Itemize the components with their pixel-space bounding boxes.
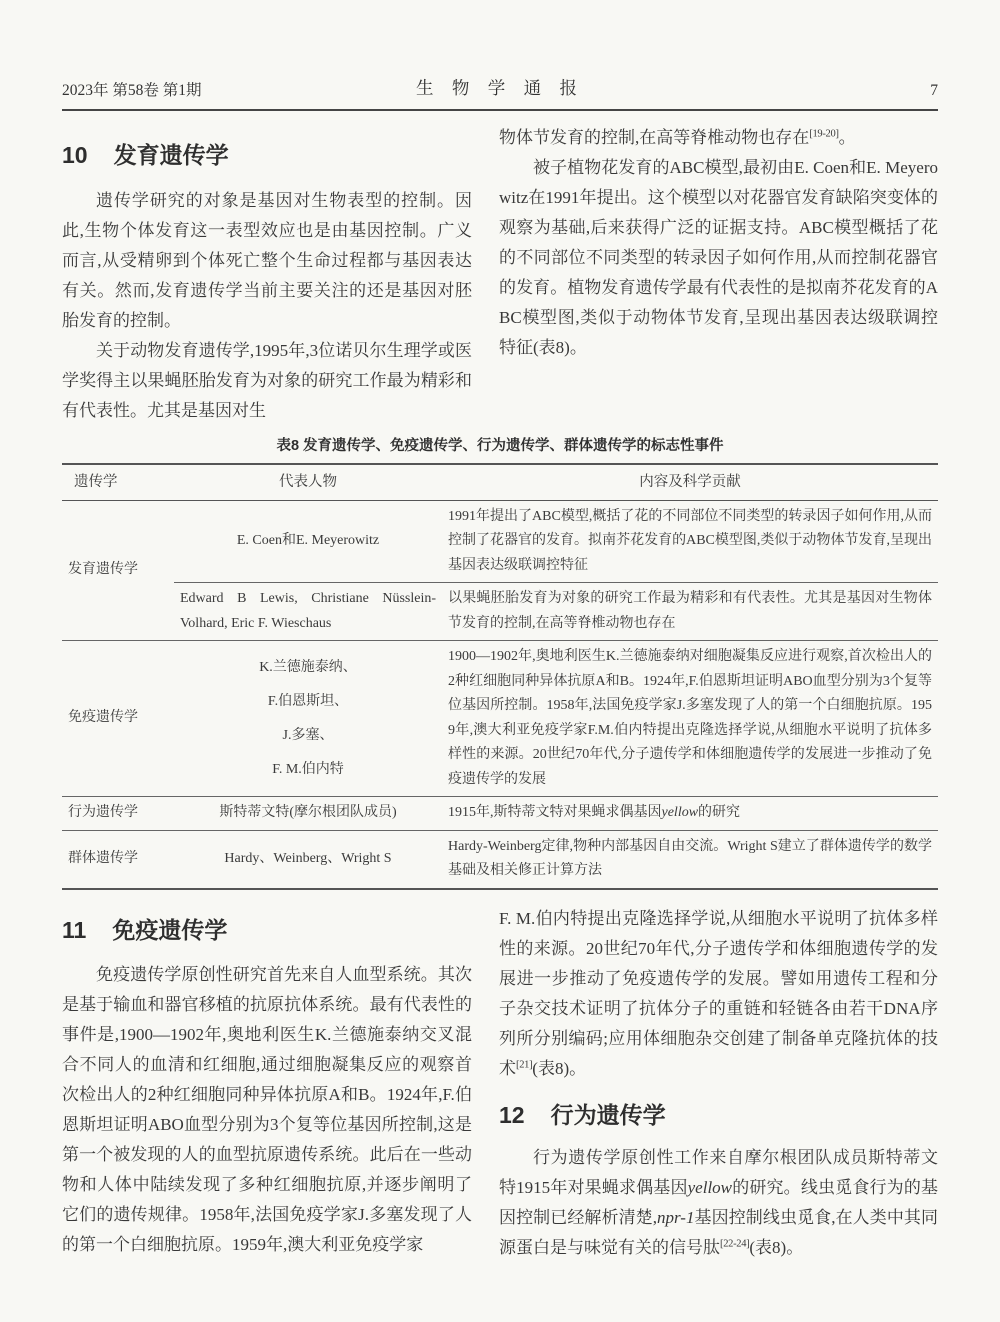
section-heading-12: 12行为遗传学 bbox=[499, 1099, 938, 1131]
section-number: 11 bbox=[62, 917, 86, 943]
journal-page: 2023年 第58卷 第1期 生 物 学 通 报 7 10发育遗传学 遗传学研究… bbox=[0, 0, 1000, 1322]
table-row: 行为遗传学 斯特蒂文特(摩尔根团队成员) 1915年,斯特蒂文特对果蝇求偶基因y… bbox=[62, 797, 938, 831]
issue-info: 2023年 第58卷 第1期 bbox=[62, 78, 202, 100]
table-header-row: 遗传学 代表人物 内容及科学贡献 bbox=[62, 464, 938, 500]
paragraph: 行为遗传学原创性工作来自摩尔根团队成员斯特蒂文特1915年对果蝇求偶基因yell… bbox=[499, 1143, 938, 1263]
content-cell: Hardy-Weinberg定律,物种内部基因自由交流。Wright S建立了群… bbox=[442, 830, 938, 889]
bottom-columns: 11免疫遗传学 免疫遗传学原创性研究首先来自人血型系统。其次是基于输血和器官移植… bbox=[62, 904, 938, 1263]
table-row: 群体遗传学 Hardy、Weinberg、Wright S Hardy-Wein… bbox=[62, 830, 938, 889]
person-name: K.兰德施泰纳、 bbox=[180, 651, 436, 685]
right-column-bottom: F. M.伯内特提出克隆选择学说,从细胞水平说明了抗体多样性的来源。20世纪70… bbox=[499, 904, 938, 1263]
field-cell: 发育遗传学 bbox=[62, 500, 174, 641]
page-number: 7 bbox=[930, 82, 938, 100]
content-cell: 1915年,斯特蒂文特对果蝇求偶基因yellow的研究 bbox=[442, 797, 938, 831]
table-8: 遗传学 代表人物 内容及科学贡献 发育遗传学 E. Coen和E. Meyero… bbox=[62, 463, 938, 890]
table-8-block: 表8 发育遗传学、免疫遗传学、行为遗传学、群体遗传学的标志性事件 遗传学 代表人… bbox=[62, 434, 938, 890]
paragraph: 关于动物发育遗传学,1995年,3位诺贝尔生理学或医学奖得主以果蝇胚胎发育为对象… bbox=[62, 336, 472, 426]
column-header-content: 内容及科学贡献 bbox=[442, 464, 938, 500]
paragraph-text: (表8)。 bbox=[749, 1238, 803, 1257]
left-column-top: 10发育遗传学 遗传学研究的对象是基因对生物表型的控制。因此,生物个体发育这一表… bbox=[62, 123, 472, 426]
citation-ref: [19-20] bbox=[809, 128, 838, 139]
journal-title: 生 物 学 通 报 bbox=[416, 75, 584, 100]
field-cell: 行为遗传学 bbox=[62, 797, 174, 831]
people-cell: 斯特蒂文特(摩尔根团队成员) bbox=[174, 797, 442, 831]
content-cell: 1900—1902年,奥地利医生K.兰德施泰纳对细胞凝集反应进行观察,首次检出人… bbox=[442, 641, 938, 797]
paragraph-text: 物体节发育的控制,在高等脊椎动物也存在 bbox=[499, 128, 809, 147]
paragraph-continuation: 物体节发育的控制,在高等脊椎动物也存在[19-20]。 bbox=[499, 123, 938, 153]
people-cell: Edward B Lewis, Christiane Nüsslein-Volh… bbox=[174, 583, 442, 641]
section-heading-11: 11免疫遗传学 bbox=[62, 914, 472, 946]
people-cell: Hardy、Weinberg、Wright S bbox=[174, 830, 442, 889]
paragraph-text: (表8)。 bbox=[532, 1059, 586, 1078]
paragraph: 免疫遗传学原创性研究首先来自人血型系统。其次是基于输血和器官移植的抗原抗体系统。… bbox=[62, 960, 472, 1260]
citation-ref: [22-24] bbox=[720, 1238, 749, 1249]
paragraph: 被子植物花发育的ABC模型,最初由E. Coen和E. Meyerowitz在1… bbox=[499, 153, 938, 363]
gene-name: yellow bbox=[688, 1178, 732, 1197]
field-cell: 免疫遗传学 bbox=[62, 641, 174, 797]
left-column-bottom: 11免疫遗传学 免疫遗传学原创性研究首先来自人血型系统。其次是基于输血和器官移植… bbox=[62, 904, 472, 1263]
table-row: 免疫遗传学 K.兰德施泰纳、 F.伯恩斯坦、 J.多塞、 F. M.伯内特 19… bbox=[62, 641, 938, 797]
person-name: F.伯恩斯坦、 bbox=[180, 685, 436, 719]
top-columns: 10发育遗传学 遗传学研究的对象是基因对生物表型的控制。因此,生物个体发育这一表… bbox=[62, 123, 938, 426]
person-name: J.多塞、 bbox=[180, 719, 436, 753]
citation-ref: [21] bbox=[516, 1059, 532, 1070]
section-heading-10: 10发育遗传学 bbox=[62, 139, 472, 171]
section-title: 行为遗传学 bbox=[551, 1102, 666, 1128]
people-cell: K.兰德施泰纳、 F.伯恩斯坦、 J.多塞、 F. M.伯内特 bbox=[174, 641, 442, 797]
paragraph-text: 。 bbox=[839, 128, 856, 147]
section-number: 10 bbox=[62, 142, 88, 168]
content-cell: 以果蝇胚胎发育为对象的研究工作最为精彩和有代表性。尤其是基因对生物体节发育的控制… bbox=[442, 583, 938, 641]
section-title: 免疫遗传学 bbox=[112, 917, 227, 943]
gene-name: npr-1 bbox=[657, 1208, 694, 1227]
gene-name: yellow bbox=[662, 805, 699, 820]
column-header-people: 代表人物 bbox=[174, 464, 442, 500]
table-title: 表8 发育遗传学、免疫遗传学、行为遗传学、群体遗传学的标志性事件 bbox=[62, 434, 938, 455]
content-cell: 1991年提出了ABC模型,概括了花的不同部位不同类型的转录因子如何作用,从而控… bbox=[442, 500, 938, 583]
people-cell: E. Coen和E. Meyerowitz bbox=[174, 500, 442, 583]
content-text: 1915年,斯特蒂文特对果蝇求偶基因 bbox=[448, 805, 662, 820]
table-row: Edward B Lewis, Christiane Nüsslein-Volh… bbox=[62, 583, 938, 641]
section-number: 12 bbox=[499, 1102, 525, 1128]
table-row: 发育遗传学 E. Coen和E. Meyerowitz 1991年提出了ABC模… bbox=[62, 500, 938, 583]
person-name: F. M.伯内特 bbox=[180, 753, 436, 787]
content-text: 的研究 bbox=[698, 805, 740, 820]
field-cell: 群体遗传学 bbox=[62, 830, 174, 889]
section-title: 发育遗传学 bbox=[114, 142, 229, 168]
page-header: 2023年 第58卷 第1期 生 物 学 通 报 7 bbox=[62, 0, 938, 111]
paragraph-text: F. M.伯内特提出克隆选择学说,从细胞水平说明了抗体多样性的来源。20世纪70… bbox=[499, 909, 938, 1078]
right-column-top: 物体节发育的控制,在高等脊椎动物也存在[19-20]。 被子植物花发育的ABC模… bbox=[499, 123, 938, 426]
paragraph: 遗传学研究的对象是基因对生物表型的控制。因此,生物个体发育这一表型效应也是由基因… bbox=[62, 186, 472, 336]
paragraph-continuation: F. M.伯内特提出克隆选择学说,从细胞水平说明了抗体多样性的来源。20世纪70… bbox=[499, 904, 938, 1084]
column-header-field: 遗传学 bbox=[62, 464, 174, 500]
